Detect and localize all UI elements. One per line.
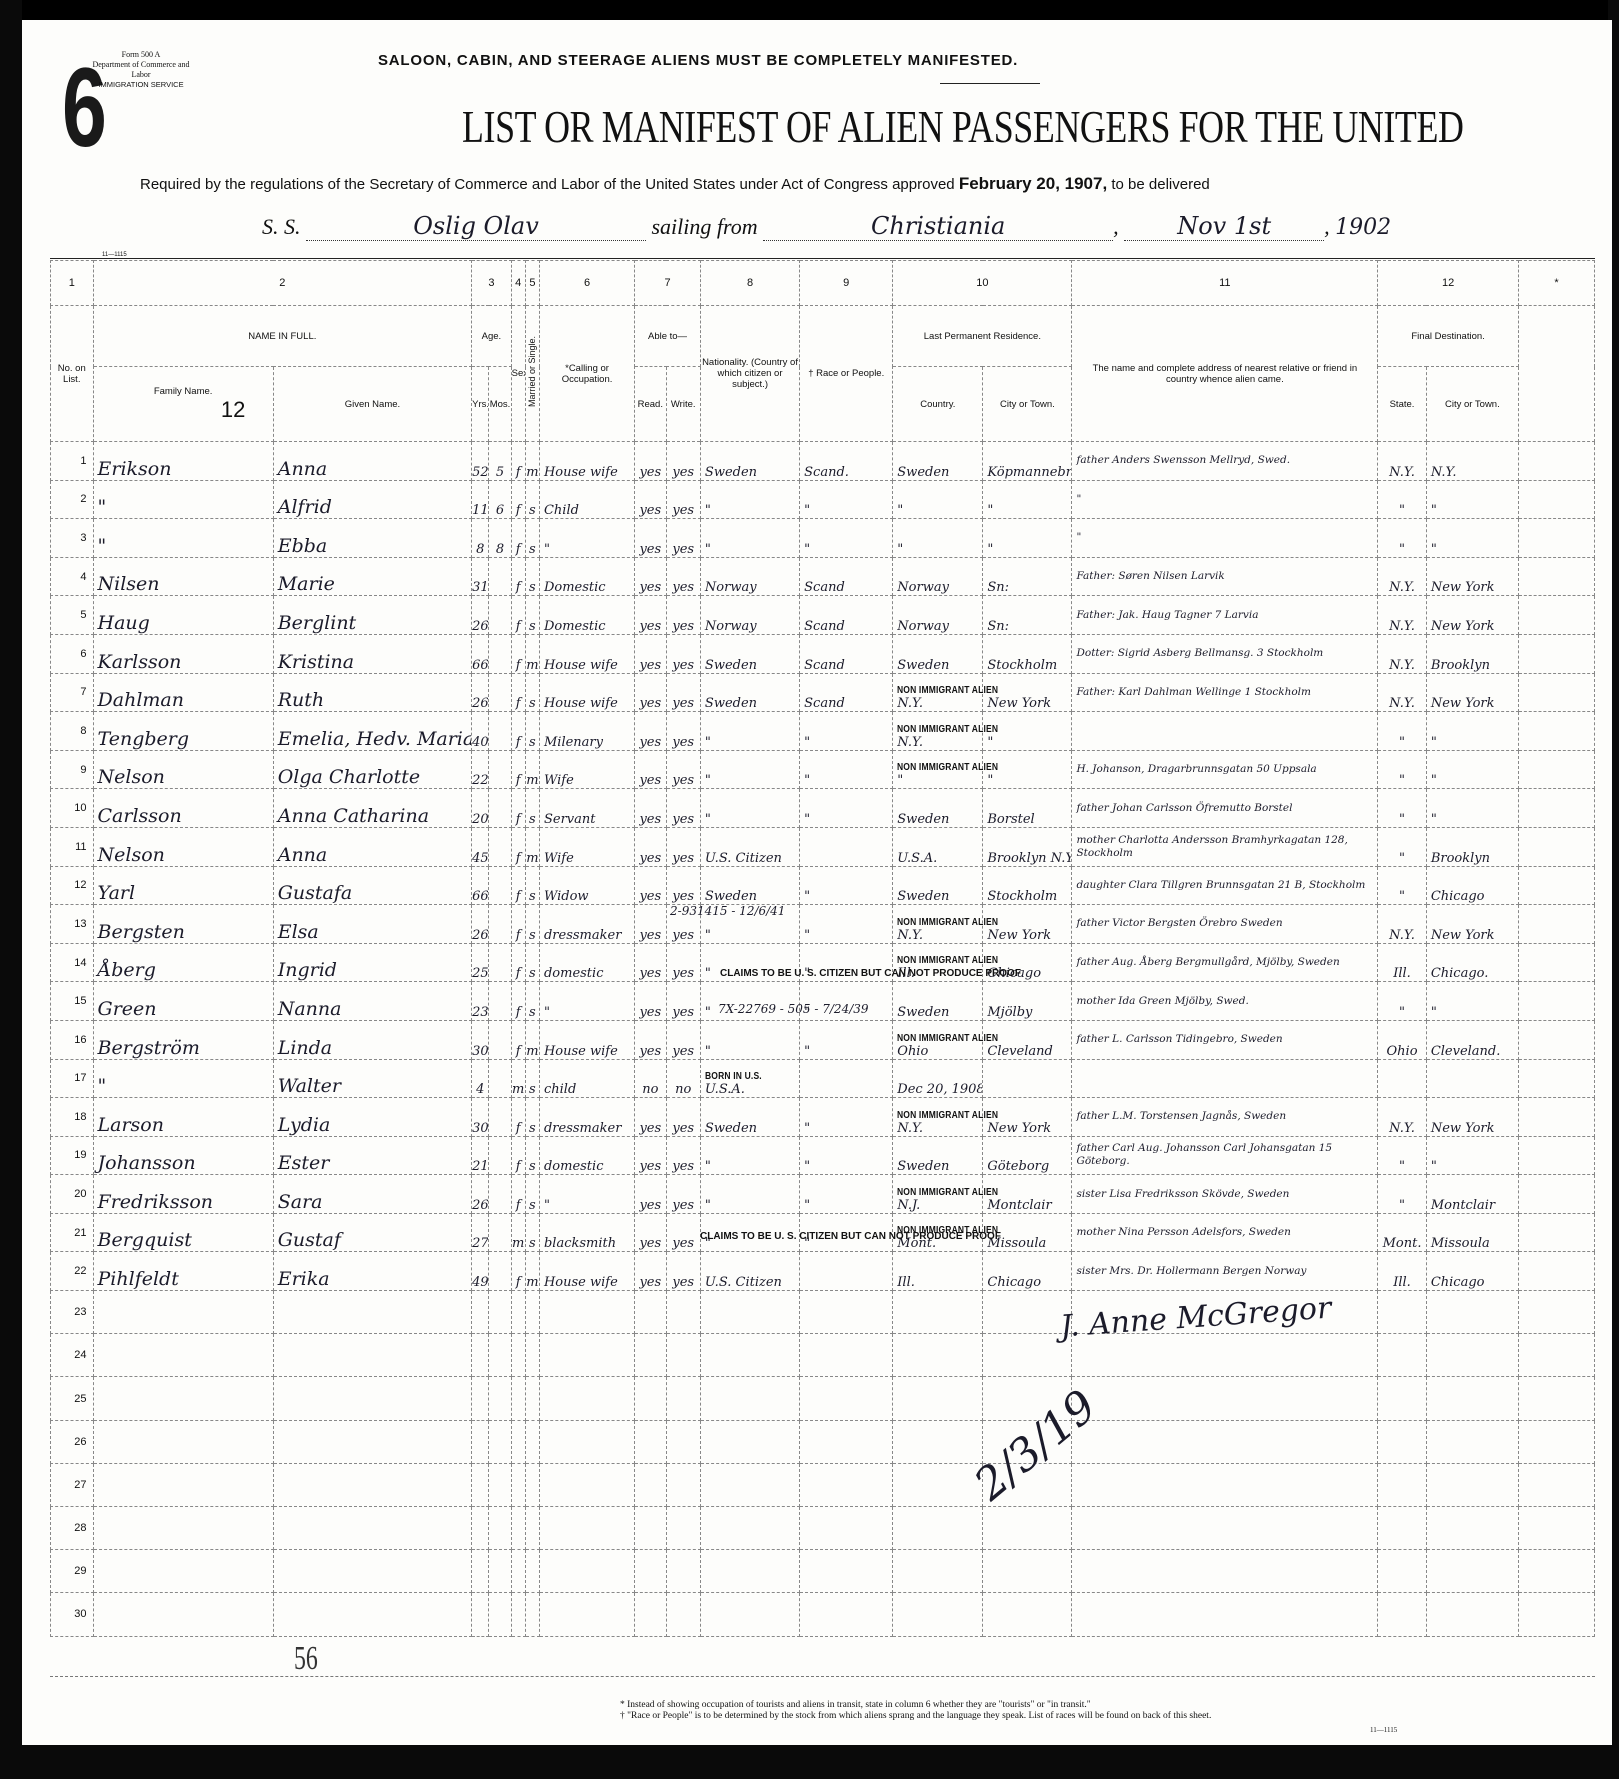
department-name: Department of Commerce and Labor <box>86 60 196 80</box>
passenger-manifest-table: 1 2 3 4 5 6 7 8 9 10 11 12 * No. on List… <box>50 260 1595 1637</box>
dest-state: " <box>1378 1175 1427 1214</box>
residence-city <box>983 1059 1072 1098</box>
dest-city: Montclair <box>1426 1175 1518 1214</box>
sex: f <box>511 982 525 1021</box>
occupation: House wife <box>539 634 634 673</box>
age-years: 23 <box>472 982 489 1021</box>
row-number: 23 <box>51 1291 94 1334</box>
race: Scand <box>800 596 893 635</box>
dest-city: Chicago. <box>1426 943 1518 982</box>
sex: f <box>511 1020 525 1059</box>
dest-state: " <box>1378 712 1427 751</box>
header-given-name: Given Name. <box>273 367 471 442</box>
family-name: Carlsson <box>93 789 273 828</box>
age-years: 26 <box>472 1175 489 1214</box>
dest-state: " <box>1378 827 1427 866</box>
dest-city: Chicago <box>1426 1252 1518 1291</box>
race: " <box>800 712 893 751</box>
sex: f <box>511 557 525 596</box>
table-bottom-rule <box>50 1676 1595 1677</box>
residence-country: Sweden <box>893 442 983 481</box>
dest-city: " <box>1426 789 1518 828</box>
header-city: City or Town. <box>983 367 1072 442</box>
given-name: Erika <box>273 1252 471 1291</box>
can-write: yes <box>666 634 700 673</box>
row-number: 24 <box>51 1334 94 1377</box>
nationality: " <box>700 750 799 789</box>
dest-state: Ill. <box>1378 943 1427 982</box>
age-years: 30 <box>472 1098 489 1137</box>
family-name: " <box>93 480 273 519</box>
given-name: Emelia, Hedv. Maria <box>273 712 471 751</box>
margin <box>1518 866 1594 905</box>
dest-city: " <box>1426 750 1518 789</box>
marital-status: s <box>525 519 539 558</box>
occupation: Domestic <box>539 596 634 635</box>
family-name: Bergsten <box>93 905 273 944</box>
family-name: Tengberg <box>93 712 273 751</box>
voyage-line: S. S. Oslig Olav sailing from Christiani… <box>262 212 1391 241</box>
nationality: " <box>700 1020 799 1059</box>
race: Scand <box>800 557 893 596</box>
residence-city: " <box>983 519 1072 558</box>
margin <box>1518 557 1594 596</box>
row-number: 9 <box>51 750 94 789</box>
dest-state: N.Y. <box>1378 905 1427 944</box>
family-name: Dahlman <box>93 673 273 712</box>
header-race: † Race or People. <box>800 306 893 442</box>
passenger-row: 1EriksonAnna525fmHouse wifeyesyesSwedenS… <box>51 442 1595 481</box>
dest-city: New York <box>1426 673 1518 712</box>
non-immigrant-stamp: NON IMMIGRANT ALIEN <box>897 1187 969 1198</box>
age-years: 25 <box>472 943 489 982</box>
age-years: 52 <box>472 442 489 481</box>
dest-state: Ohio <box>1378 1020 1427 1059</box>
family-name: Yarl <box>93 866 273 905</box>
family-name: Bergquist <box>93 1213 273 1252</box>
given-name: Sara <box>273 1175 471 1214</box>
header-able-to: Able to— <box>635 306 701 367</box>
age-years: 11 <box>472 480 489 519</box>
header-no-on-list: No. on List. <box>51 306 94 442</box>
sex: f <box>511 750 525 789</box>
born-in-us-stamp: BORN IN U.S. <box>705 1071 785 1082</box>
nearest-relative: mother Ida Green Mjölby, Swed. <box>1072 982 1378 1021</box>
sex: m <box>511 1213 525 1252</box>
can-read: yes <box>635 1098 666 1137</box>
empty-row: 28 <box>51 1507 1595 1550</box>
dest-city: " <box>1426 480 1518 519</box>
passenger-row: 3"Ebba88fs"yesyes""""""" <box>51 519 1595 558</box>
residence-city: Köpmannebr. <box>983 442 1072 481</box>
given-name: Gustafa <box>273 866 471 905</box>
dest-state: " <box>1378 1136 1427 1175</box>
age-months: 6 <box>489 480 511 519</box>
age-years: 20 <box>472 789 489 828</box>
sheet-mark: 12 <box>221 397 245 422</box>
header-mos: Mos. <box>489 367 511 442</box>
passenger-row: 10CarlssonAnna Catharina20fsServantyesye… <box>51 789 1595 828</box>
residence-country: NON IMMIGRANT ALIEN" <box>893 750 983 789</box>
family-name: Erikson <box>93 442 273 481</box>
occupation: dressmaker <box>539 905 634 944</box>
residence-country: Sweden <box>893 1136 983 1175</box>
non-immigrant-stamp: NON IMMIGRANT ALIEN <box>897 1110 969 1121</box>
sex: f <box>511 596 525 635</box>
residence-city: Mjölby <box>983 982 1072 1021</box>
marital-status: s <box>525 1059 539 1098</box>
residence-country: Sweden <box>893 634 983 673</box>
row-number: 14 <box>51 943 94 982</box>
given-name: Olga Charlotte <box>273 750 471 789</box>
row-number: 6 <box>51 634 94 673</box>
service-name: IMMIGRATION SERVICE <box>86 80 196 90</box>
file-number-row10: 2-931415 - 12/6/41 <box>670 904 785 918</box>
margin <box>1518 1175 1594 1214</box>
given-name: Linda <box>273 1020 471 1059</box>
nearest-relative: father L. Carlsson Tidingebro, Sweden <box>1072 1020 1378 1059</box>
header-age: Age. <box>472 306 511 367</box>
occupation: Child <box>539 480 634 519</box>
empty-rows: 2324252627282930 <box>51 1291 1595 1637</box>
can-write: yes <box>666 519 700 558</box>
race: " <box>800 480 893 519</box>
row-number: 10 <box>51 789 94 828</box>
dest-state: N.Y. <box>1378 596 1427 635</box>
age-months <box>489 1059 511 1098</box>
claims-citizen-stamp-row11: CLAIMS TO BE U. S. CITIZEN BUT CAN NOT P… <box>720 968 1021 979</box>
dest-state: Mont. <box>1378 1213 1427 1252</box>
nationality: " <box>700 712 799 751</box>
can-write: yes <box>666 1213 700 1252</box>
non-immigrant-stamp: NON IMMIGRANT ALIEN <box>897 917 969 928</box>
race: " <box>800 1020 893 1059</box>
can-write: yes <box>666 1175 700 1214</box>
race: " <box>800 789 893 828</box>
header-nationality: Nationality. (Country of which citizen o… <box>700 306 799 442</box>
age-months <box>489 557 511 596</box>
nearest-relative <box>1072 712 1378 751</box>
given-name: Ebba <box>273 519 471 558</box>
can-read: yes <box>635 1213 666 1252</box>
sex: f <box>511 673 525 712</box>
sex: f <box>511 943 525 982</box>
nationality: Norway <box>700 557 799 596</box>
empty-row: 23 <box>51 1291 1595 1334</box>
row-number: 3 <box>51 519 94 558</box>
row-number: 20 <box>51 1175 94 1214</box>
non-immigrant-stamp: NON IMMIGRANT ALIEN <box>897 724 969 735</box>
race: " <box>800 866 893 905</box>
family-name: Åberg <box>93 943 273 982</box>
nationality: " <box>700 480 799 519</box>
given-name: Anna Catharina <box>273 789 471 828</box>
row-number: 11 <box>51 827 94 866</box>
header-family-name: Family Name.12 <box>93 367 273 442</box>
marital-status: m <box>525 634 539 673</box>
occupation: " <box>539 982 634 1021</box>
marital-status: s <box>525 673 539 712</box>
dest-state: " <box>1378 480 1427 519</box>
footnote-occupation: * Instead of showing occupation of touri… <box>620 1700 1211 1711</box>
dest-city: " <box>1426 519 1518 558</box>
margin <box>1518 1020 1594 1059</box>
age-months <box>489 943 511 982</box>
header-relative: The name and complete address of nearest… <box>1072 306 1378 442</box>
margin <box>1518 673 1594 712</box>
given-name: Walter <box>273 1059 471 1098</box>
dest-state: " <box>1378 789 1427 828</box>
occupation: Wife <box>539 827 634 866</box>
given-name: Ester <box>273 1136 471 1175</box>
age-months <box>489 1136 511 1175</box>
age-months <box>489 1213 511 1252</box>
nationality: " <box>700 1175 799 1214</box>
marital-status: m <box>525 442 539 481</box>
row-number: 15 <box>51 982 94 1021</box>
residence-city: Chicago <box>983 1252 1072 1291</box>
can-write: yes <box>666 1252 700 1291</box>
claims-citizen-stamp-row22: CLAIMS TO BE U. S. CITIZEN BUT CAN NOT P… <box>700 1231 1001 1242</box>
can-read: yes <box>635 1136 666 1175</box>
sex: f <box>511 905 525 944</box>
race: " <box>800 1098 893 1137</box>
can-write: no <box>666 1059 700 1098</box>
row-number: 29 <box>51 1550 94 1593</box>
dest-city <box>1426 1059 1518 1098</box>
row-number: 25 <box>51 1377 94 1420</box>
non-immigrant-stamp: NON IMMIGRANT ALIEN <box>897 762 969 773</box>
margin <box>1518 750 1594 789</box>
dest-city: " <box>1426 1136 1518 1175</box>
column-number-row: 1 2 3 4 5 6 7 8 9 10 11 12 * <box>51 261 1595 306</box>
dest-city: Chicago <box>1426 866 1518 905</box>
footnote-race: † "Race or People" is to be determined b… <box>620 1711 1211 1722</box>
age-months <box>489 596 511 635</box>
nationality: U.S. Citizen <box>700 1252 799 1291</box>
dest-city: N.Y. <box>1426 442 1518 481</box>
marital-status: s <box>525 1098 539 1137</box>
can-read: yes <box>635 1020 666 1059</box>
margin <box>1518 712 1594 751</box>
row-number: 16 <box>51 1020 94 1059</box>
row-number: 27 <box>51 1463 94 1506</box>
header-state: State. <box>1378 367 1427 442</box>
row-number: 13 <box>51 905 94 944</box>
sex: f <box>511 866 525 905</box>
race: " <box>800 750 893 789</box>
dest-state: N.Y. <box>1378 1098 1427 1137</box>
race <box>800 1059 893 1098</box>
nearest-relative: father Aug. Åberg Bergmullgård, Mjölby, … <box>1072 943 1378 982</box>
race <box>800 1252 893 1291</box>
given-name: Lydia <box>273 1098 471 1137</box>
can-read: yes <box>635 480 666 519</box>
non-immigrant-stamp: NON IMMIGRANT ALIEN <box>897 1033 969 1044</box>
given-name: Elsa <box>273 905 471 944</box>
passenger-row: 12YarlGustafa66fsWidowyesyesSweden"Swede… <box>51 866 1595 905</box>
can-write: yes <box>666 789 700 828</box>
margin <box>1518 982 1594 1021</box>
occupation: domestic <box>539 943 634 982</box>
row-number: 22 <box>51 1252 94 1291</box>
age-months <box>489 1252 511 1291</box>
margin <box>1518 519 1594 558</box>
dest-state: N.Y. <box>1378 442 1427 481</box>
occupation: Domestic <box>539 557 634 596</box>
sailing-year: 1902 <box>1335 215 1391 240</box>
header-rule <box>50 258 1595 259</box>
nearest-relative: Father: Jak. Haug Tagner 7 Larvia <box>1072 596 1378 635</box>
family-name: Nilsen <box>93 557 273 596</box>
age-months <box>489 1175 511 1214</box>
empty-row: 30 <box>51 1593 1595 1636</box>
header-country: Country. <box>893 367 983 442</box>
header-last-residence: Last Permanent Residence. <box>893 306 1072 367</box>
race: Scand <box>800 634 893 673</box>
nearest-relative: Father: Søren Nilsen Larvik <box>1072 557 1378 596</box>
age-months <box>489 905 511 944</box>
age-years: 26 <box>472 596 489 635</box>
header-dest-city: City or Town. <box>1426 367 1518 442</box>
can-write: yes <box>666 557 700 596</box>
column-header-row: No. on List. NAME IN FULL. Age. Sex. Mar… <box>51 306 1595 367</box>
sex: f <box>511 634 525 673</box>
residence-country: U.S.A. <box>893 827 983 866</box>
given-name: Berglint <box>273 596 471 635</box>
form-number: Form 500 A <box>86 50 196 60</box>
form-info: Form 500 A Department of Commerce and La… <box>86 50 196 90</box>
can-read: yes <box>635 442 666 481</box>
dest-state: N.Y. <box>1378 634 1427 673</box>
age-years: 4 <box>472 1059 489 1098</box>
passenger-rows: 1EriksonAnna525fmHouse wifeyesyesSwedenS… <box>51 442 1595 1291</box>
age-months <box>489 634 511 673</box>
dest-city: Missoula <box>1426 1213 1518 1252</box>
row-number: 26 <box>51 1420 94 1463</box>
age-months <box>489 712 511 751</box>
passenger-row: 9NelsonOlga Charlotte22fmWifeyesyes""NON… <box>51 750 1595 789</box>
marital-status: s <box>525 480 539 519</box>
marital-status: s <box>525 1175 539 1214</box>
header-name-in-full: NAME IN FULL. <box>93 306 472 367</box>
age-months <box>489 750 511 789</box>
passenger-row: 22PihlfeldtErika49fmHouse wifeyesyesU.S.… <box>51 1252 1595 1291</box>
dest-state: N.Y. <box>1378 673 1427 712</box>
nearest-relative: father Johan Carlsson Öfremutto Borstel <box>1072 789 1378 828</box>
age-months <box>489 673 511 712</box>
family-name: Green <box>93 982 273 1021</box>
nearest-relative: " <box>1072 519 1378 558</box>
residence-country: Sweden <box>893 982 983 1021</box>
can-write: yes <box>666 943 700 982</box>
nearest-relative: sister Mrs. Dr. Hollermann Bergen Norway <box>1072 1252 1378 1291</box>
row-number: 17 <box>51 1059 94 1098</box>
tagline-rule <box>940 83 1040 84</box>
can-read: yes <box>635 827 666 866</box>
dest-city: New York <box>1426 905 1518 944</box>
sex: f <box>511 1136 525 1175</box>
dest-state: " <box>1378 750 1427 789</box>
marital-status: s <box>525 982 539 1021</box>
residence-country: Norway <box>893 596 983 635</box>
scan-border-left <box>0 0 22 1779</box>
residence-country: " <box>893 519 983 558</box>
can-read: yes <box>635 634 666 673</box>
occupation: blacksmith <box>539 1213 634 1252</box>
occupation: Servant <box>539 789 634 828</box>
header-final-destination: Final Destination. <box>1378 306 1519 367</box>
nearest-relative: daughter Clara Tillgren Brunnsgatan 21 B… <box>1072 866 1378 905</box>
can-read: no <box>635 1059 666 1098</box>
header-yrs: Yrs. <box>472 367 489 442</box>
occupation: Widow <box>539 866 634 905</box>
can-write: yes <box>666 827 700 866</box>
passenger-row: 8TengbergEmelia, Hedv. Maria40fsMilenary… <box>51 712 1595 751</box>
race: Scand. <box>800 442 893 481</box>
nationality: BORN IN U.S.U.S.A. <box>700 1059 799 1098</box>
residence-city: Borstel <box>983 789 1072 828</box>
marital-status: s <box>525 557 539 596</box>
passenger-row: 4NilsenMarie31fsDomesticyesyesNorwayScan… <box>51 557 1595 596</box>
margin <box>1518 905 1594 944</box>
sex: f <box>511 519 525 558</box>
empty-row: 27 <box>51 1463 1595 1506</box>
page-number: 56 <box>294 1640 318 1678</box>
family-name: " <box>93 1059 273 1098</box>
residence-country: NON IMMIGRANT ALIENN.Y. <box>893 712 983 751</box>
margin <box>1518 789 1594 828</box>
family-name: Bergström <box>93 1020 273 1059</box>
passenger-row: 2"Alfrid116fsChildyesyes""""""" <box>51 480 1595 519</box>
dest-city: " <box>1426 712 1518 751</box>
age-months <box>489 866 511 905</box>
non-immigrant-stamp: NON IMMIGRANT ALIEN <box>897 955 969 966</box>
sex: f <box>511 1098 525 1137</box>
age-months <box>489 789 511 828</box>
passenger-row: 17"Walter4mschildnonoBORN IN U.S.U.S.A.D… <box>51 1059 1595 1098</box>
can-write: yes <box>666 1098 700 1137</box>
nationality: Sweden <box>700 673 799 712</box>
residence-country: NON IMMIGRANT ALIENN.Y. <box>893 673 983 712</box>
can-write: yes <box>666 982 700 1021</box>
can-read: yes <box>635 1252 666 1291</box>
family-name: " <box>93 519 273 558</box>
nationality: Sweden <box>700 442 799 481</box>
row-number: 28 <box>51 1507 94 1550</box>
margin <box>1518 1098 1594 1137</box>
age-years: 27 <box>472 1213 489 1252</box>
can-read: yes <box>635 943 666 982</box>
age-years: 8 <box>472 519 489 558</box>
header-read: Read. <box>635 367 666 442</box>
age-months <box>489 1098 511 1137</box>
scan-border-bottom <box>0 1745 1619 1779</box>
nearest-relative: H. Johanson, Dragarbrunnsgatan 50 Uppsal… <box>1072 750 1378 789</box>
age-years: 26 <box>472 905 489 944</box>
nearest-relative: " <box>1072 480 1378 519</box>
dest-state: N.Y. <box>1378 557 1427 596</box>
age-years: 26 <box>472 673 489 712</box>
margin <box>1518 634 1594 673</box>
row-number: 30 <box>51 1593 94 1636</box>
residence-city: Sn: <box>983 596 1072 635</box>
row-number: 7 <box>51 673 94 712</box>
nationality: " <box>700 789 799 828</box>
residence-country: Sweden <box>893 789 983 828</box>
page-title: LIST OR MANIFEST OF ALIEN PASSENGERS FOR… <box>462 100 1464 153</box>
can-read: yes <box>635 673 666 712</box>
